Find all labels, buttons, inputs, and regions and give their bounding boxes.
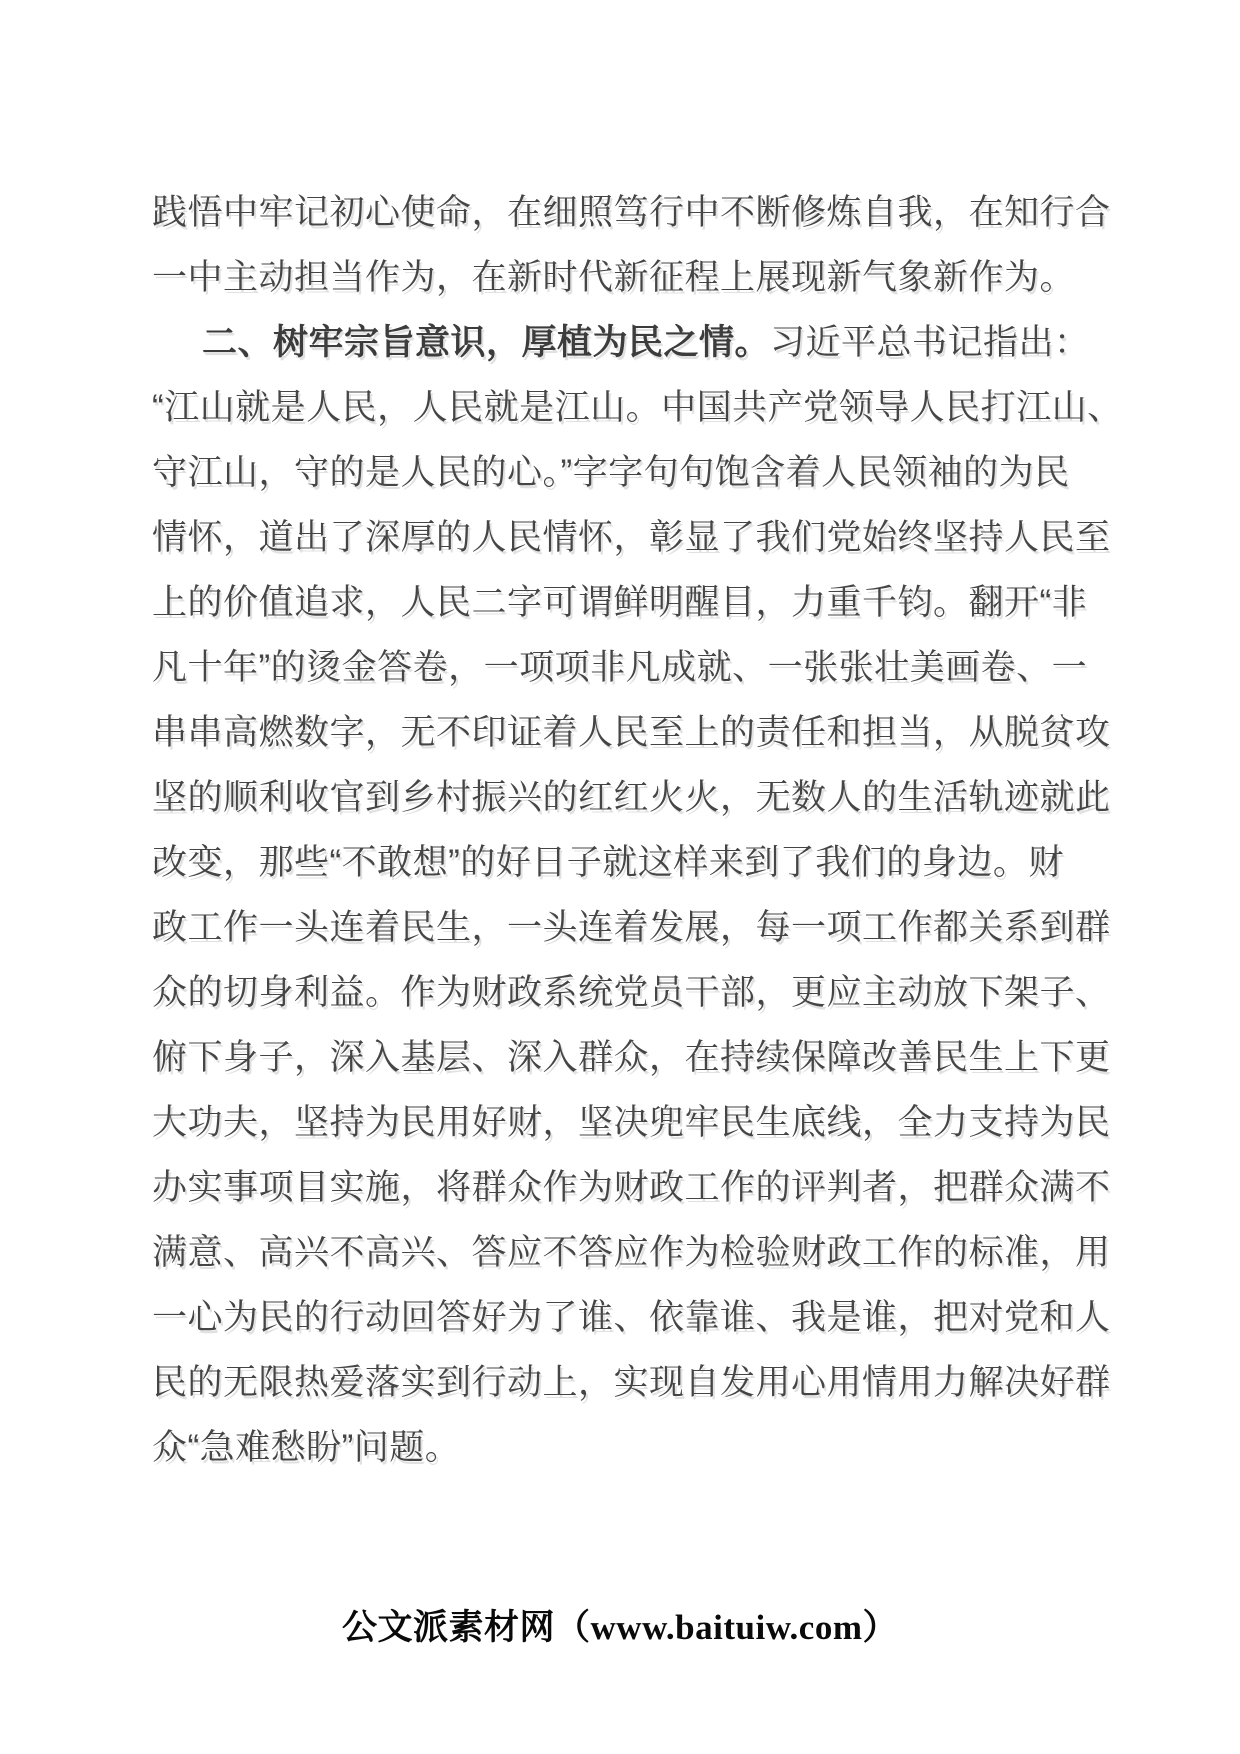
body-line: 俯下身子，深入基层、深入群众，在持续保障改善民生上下更: [152, 1025, 1112, 1090]
body-line: “江山就是人民，人民就是江山。中国共产党领导人民打江山、: [152, 375, 1112, 440]
body-line: 守江山，守的是人民的心。”字字句句饱含着人民领袖的为民: [152, 440, 1112, 505]
watermark-footer: 公文派素材网（www.baituiw.com）: [0, 1604, 1240, 1652]
body-line: 满意、高兴不高兴、答应不答应作为检验财政工作的标准，用: [152, 1220, 1112, 1285]
paragraph-section-two: 二、树牢宗旨意识，厚植为民之情。习近平总书记指出： “江山就是人民，人民就是江山…: [152, 310, 1112, 1480]
body-line: 凡十年”的烫金答卷，一项项非凡成就、一张张壮美画卷、一: [152, 635, 1112, 700]
heading-following-text: 习近平总书记指出：: [770, 323, 1090, 362]
body-line: 坚的顺利收官到乡村振兴的红红火火，无数人的生活轨迹就此: [152, 765, 1112, 830]
document-page: 践悟中牢记初心使命，在细照笃行中不断修炼自我，在知行合 一中主动担当作为，在新时…: [0, 0, 1240, 1754]
body-line: 办实事项目实施，将群众作为财政工作的评判者，把群众满不: [152, 1155, 1112, 1220]
body-line: 改变，那些“不敢想”的好日子就这样来到了我们的身边。财: [152, 830, 1112, 895]
body-line: 上的价值追求，人民二字可谓鲜明醒目，力重千钧。翻开“非: [152, 570, 1112, 635]
body-line: 众“急难愁盼”问题。: [152, 1415, 1112, 1480]
section-heading-line: 二、树牢宗旨意识，厚植为民之情。习近平总书记指出：: [152, 310, 1112, 375]
body-line: 政工作一头连着民生，一头连着发展，每一项工作都关系到群: [152, 895, 1112, 960]
paragraph-continuation: 践悟中牢记初心使命，在细照笃行中不断修炼自我，在知行合 一中主动担当作为，在新时…: [152, 180, 1112, 310]
body-line: 大功夫，坚持为民用好财，坚决兜牢民生底线，全力支持为民: [152, 1090, 1112, 1155]
body-line: 一中主动担当作为，在新时代新征程上展现新气象新作为。: [152, 245, 1112, 310]
section-heading: 二、树牢宗旨意识，厚植为民之情。: [202, 323, 770, 362]
body-line: 践悟中牢记初心使命，在细照笃行中不断修炼自我，在知行合: [152, 180, 1112, 245]
body-line: 情怀，道出了深厚的人民情怀，彰显了我们党始终坚持人民至: [152, 505, 1112, 570]
body-line: 一心为民的行动回答好为了谁、依靠谁、我是谁，把对党和人: [152, 1285, 1112, 1350]
body-line: 民的无限热爱落实到行动上，实现自发用心用情用力解决好群: [152, 1350, 1112, 1415]
body-line: 众的切身利益。作为财政系统党员干部，更应主动放下架子、: [152, 960, 1112, 1025]
document-body: 践悟中牢记初心使命，在细照笃行中不断修炼自我，在知行合 一中主动担当作为，在新时…: [152, 180, 1112, 1480]
body-line: 串串高燃数字，无不印证着人民至上的责任和担当，从脱贫攻: [152, 700, 1112, 765]
site-watermark-text: 公文派素材网（www.baituiw.com）: [342, 1608, 898, 1647]
